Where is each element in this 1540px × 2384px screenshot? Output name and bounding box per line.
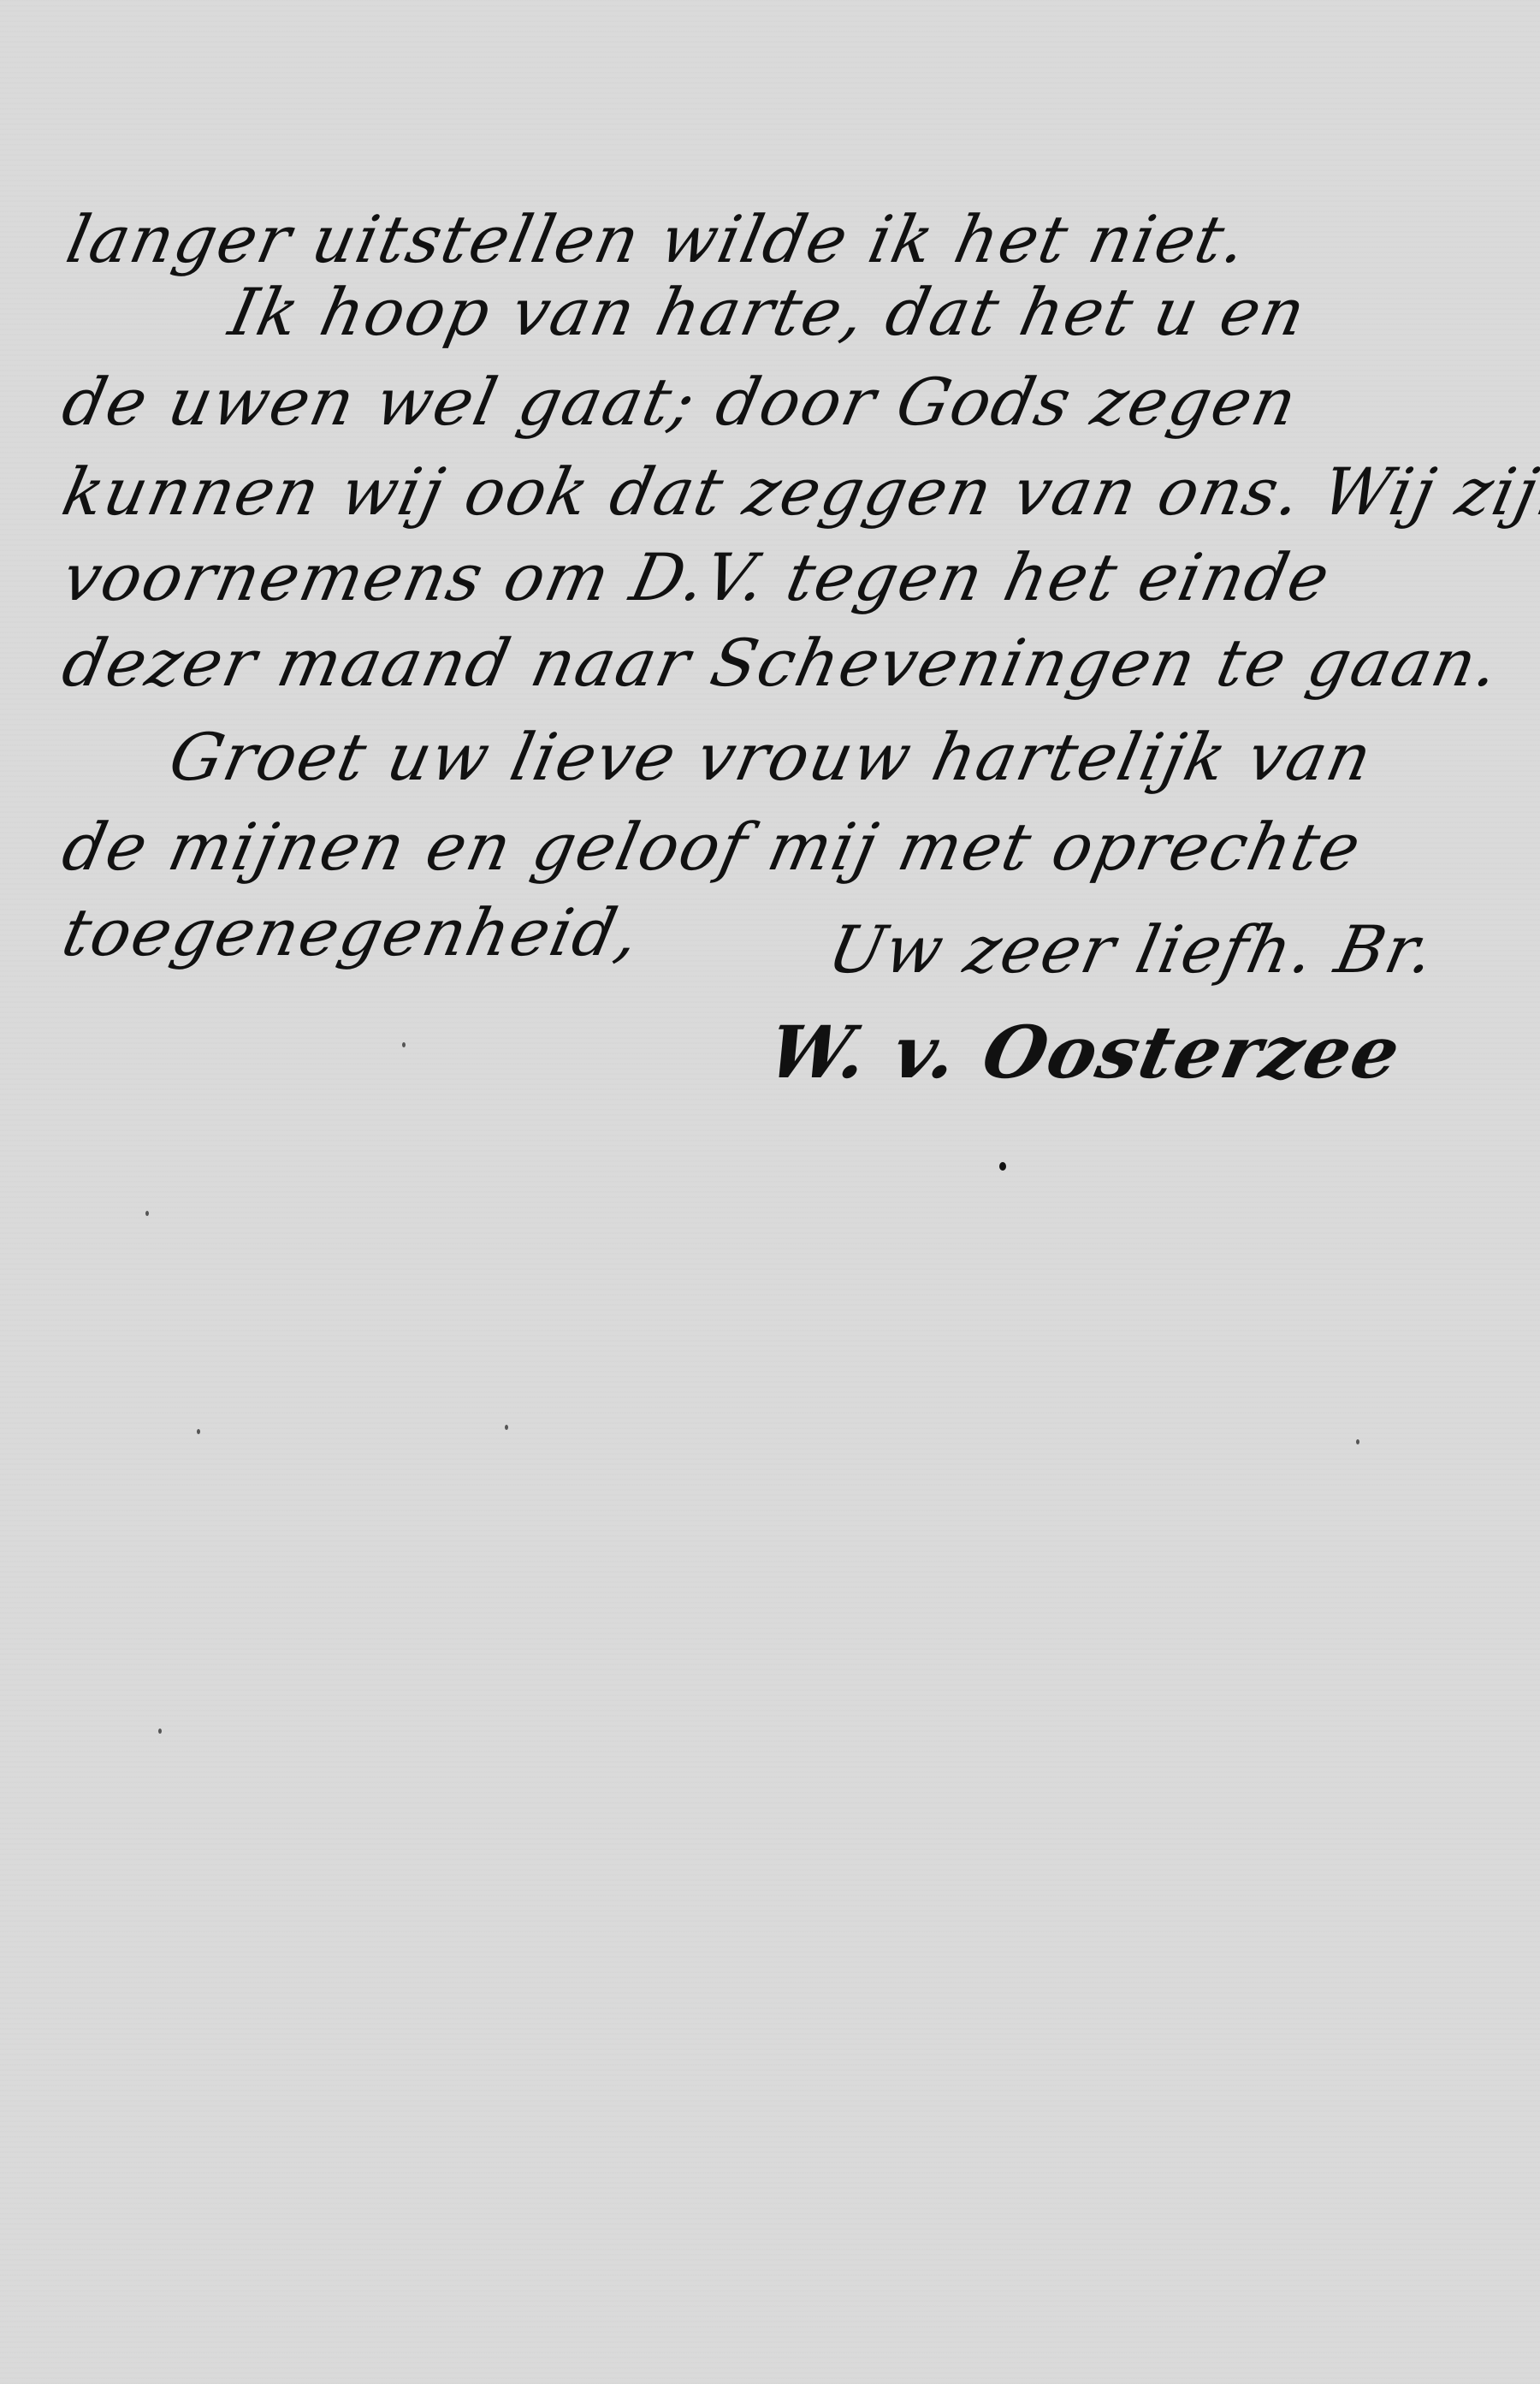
letter-line-5: voornemens om D.V. tegen het einde xyxy=(56,539,1338,615)
letter-line-3: de uwen wel gaat; door Gods zegen xyxy=(56,364,1305,440)
ink-speck xyxy=(505,1425,508,1430)
letter-line-8: de mijnen en geloof mij met oprechte xyxy=(56,809,1369,885)
letter-page: langer uitstellen wilde ik het niet. Ik … xyxy=(0,0,1540,2384)
ink-speck xyxy=(145,1211,149,1216)
ink-speck xyxy=(197,1429,200,1434)
letter-line-6: dezer maand naar Scheveningen te gaan. xyxy=(56,625,1507,701)
letter-signature: W. v. Oosterzee xyxy=(761,1010,1408,1094)
letter-closing: Uw zeer liefh. Br. xyxy=(822,911,1443,987)
letter-line-2: Ik hoop van harte, dat het u en xyxy=(223,274,1314,350)
ink-speck xyxy=(158,1729,162,1734)
letter-line-7: Groet uw lieve vrouw hartelijk van xyxy=(163,719,1380,795)
ink-speck xyxy=(1356,1439,1359,1444)
ink-speck xyxy=(402,1042,406,1047)
letter-line-1: langer uitstellen wilde ik het niet. xyxy=(61,201,1255,277)
letter-line-4: kunnen wij ook dat zeggen van ons. Wij z… xyxy=(56,454,1540,530)
letter-line-9: toegenegenheid, xyxy=(56,894,648,970)
ink-speck xyxy=(999,1162,1006,1171)
